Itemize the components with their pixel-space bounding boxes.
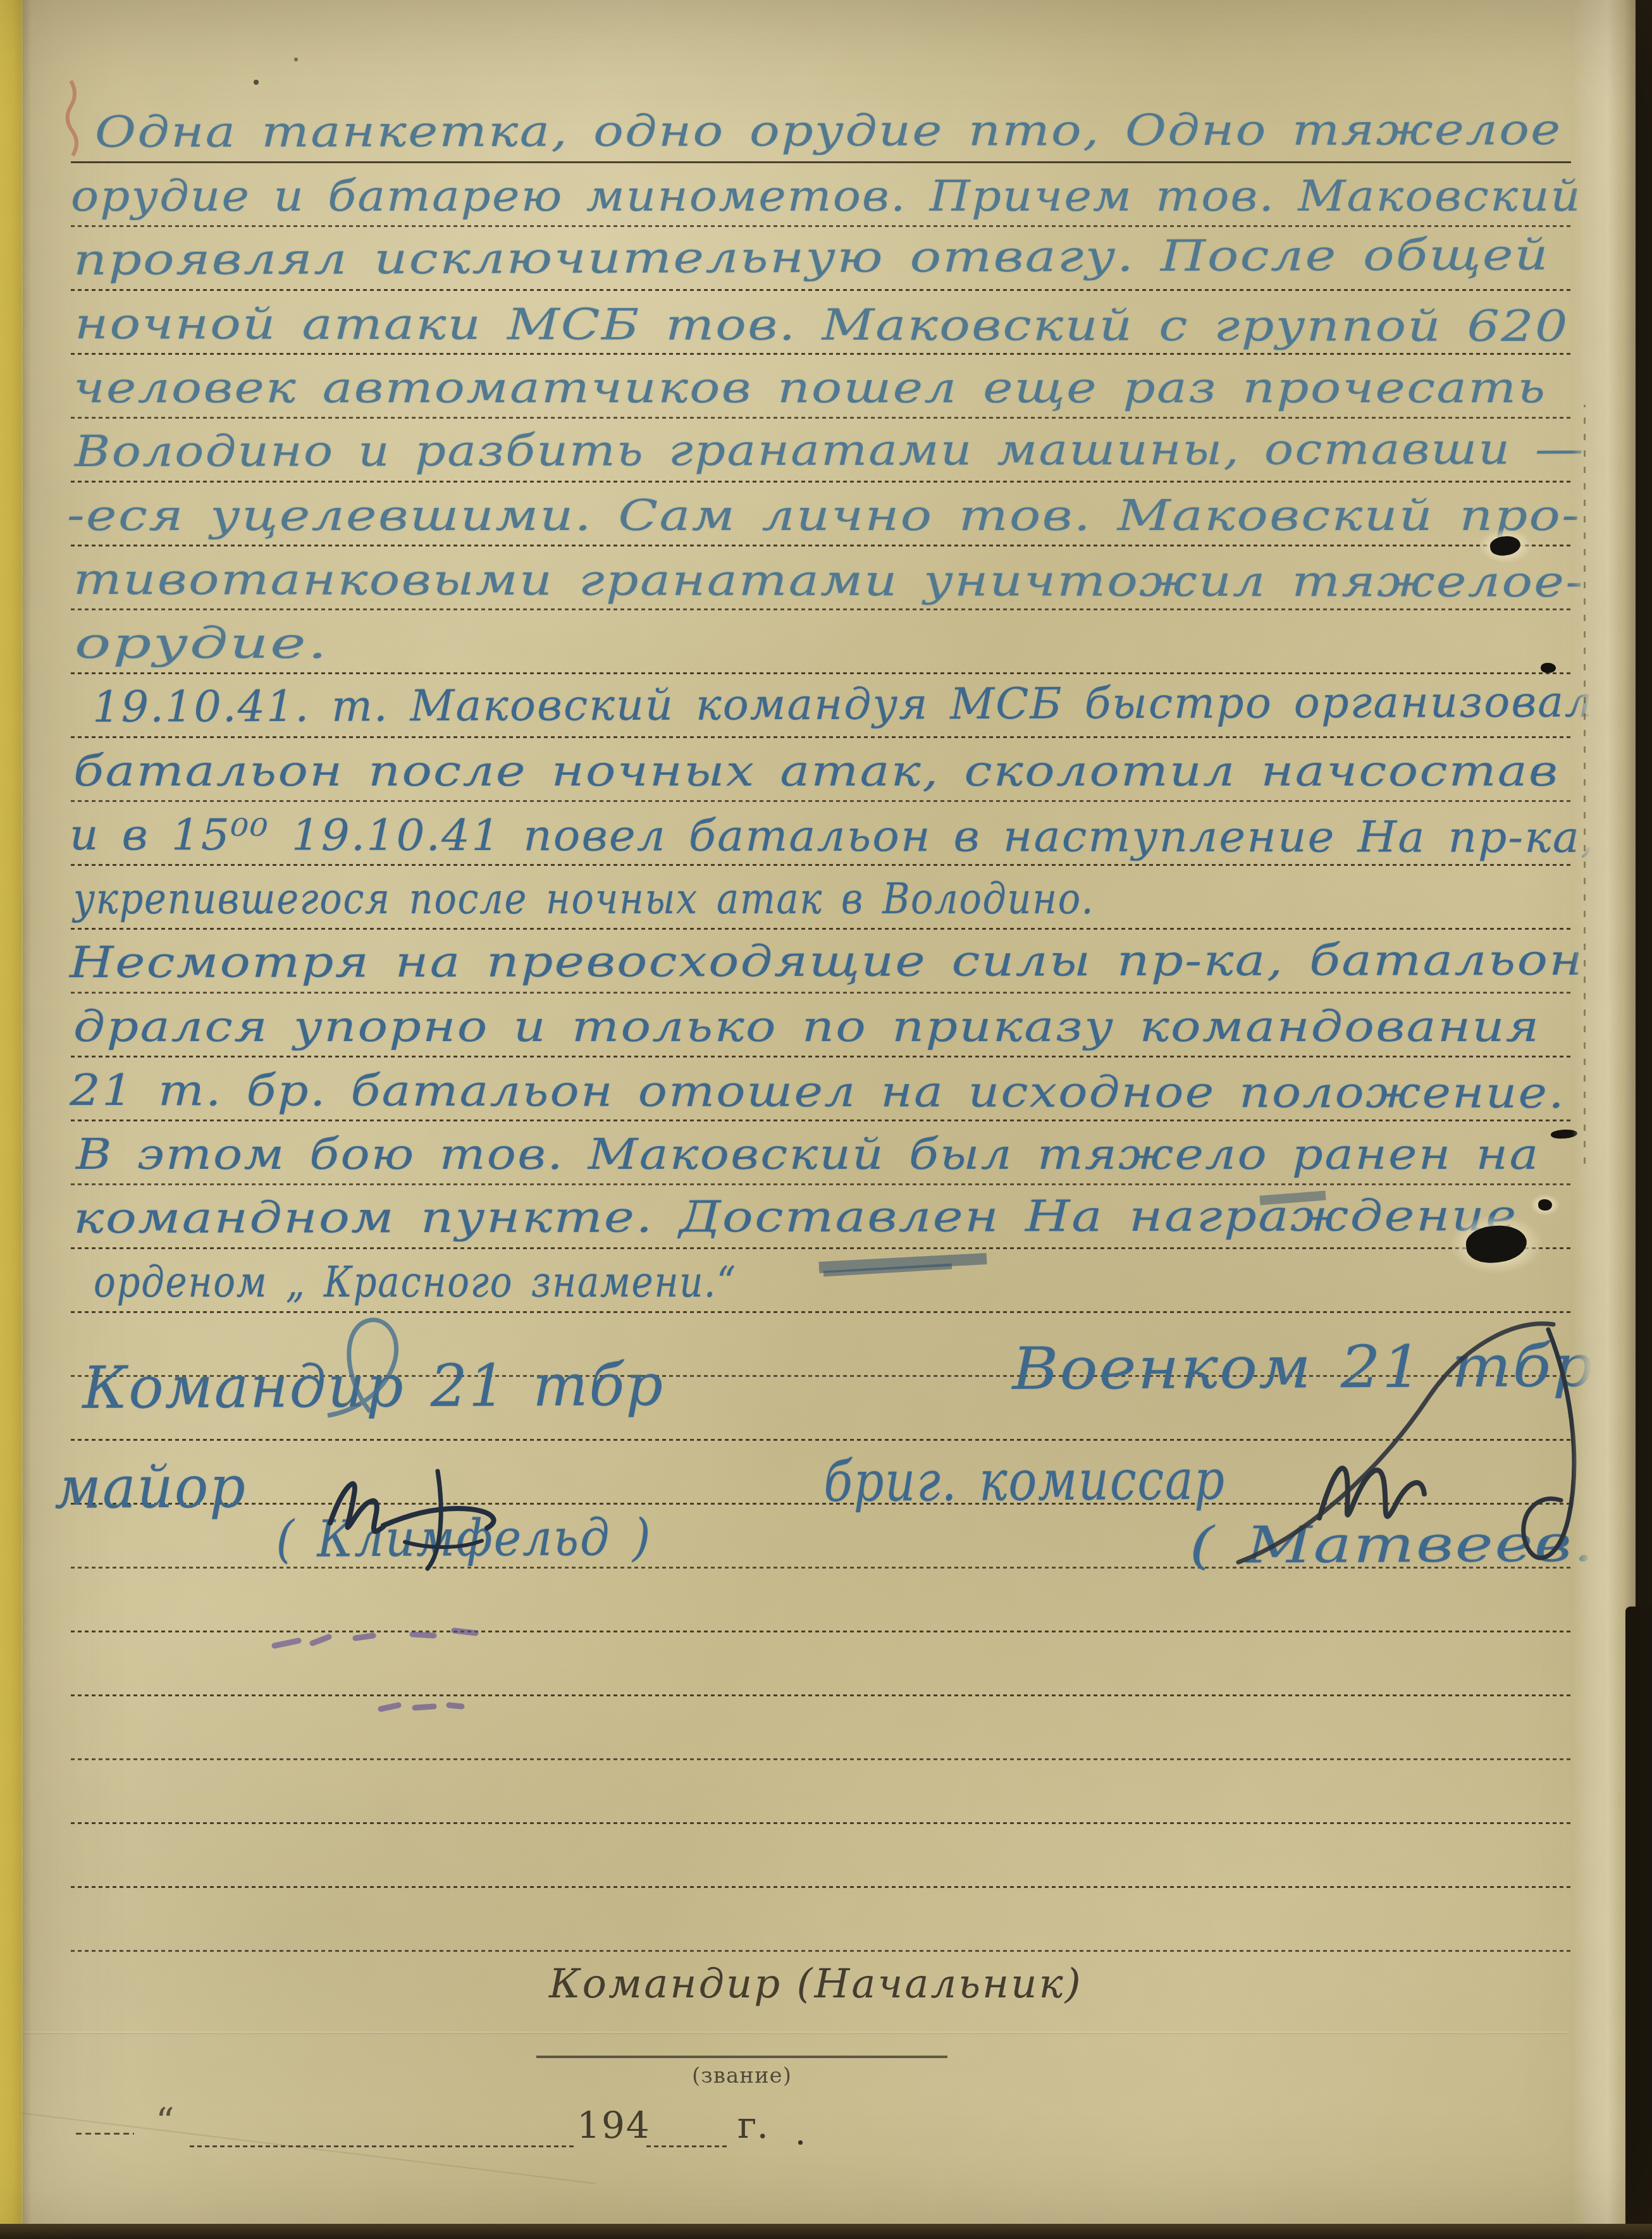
scan-vignette [0, 0, 1652, 2239]
scanned-award-document-page: Одна танкетка, одно орудие пто, Одно тяж… [0, 0, 1652, 2239]
